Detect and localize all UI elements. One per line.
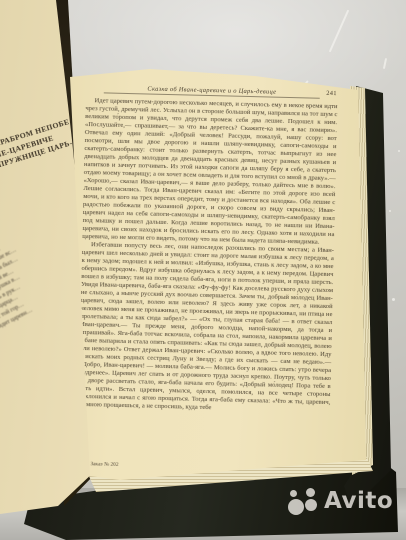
page-number: 241 — [326, 90, 337, 97]
scratch-mark — [329, 10, 350, 53]
avito-logo-icon — [288, 486, 319, 516]
running-header: Сказка об Иване-царевиче и о Царь-девице… — [104, 84, 320, 98]
scratch-mark — [392, 298, 395, 301]
scratch-mark — [398, 150, 400, 152]
right-page-content: Сказка об Иване-царевиче и о Царь-девице… — [77, 84, 338, 473]
body-text: Идет царевич путем-дорогою несколько мес… — [77, 97, 338, 463]
scratch-mark — [383, 58, 387, 69]
book-photo: …о семи Семионах …ную которого Семиона …… — [0, 0, 406, 540]
print-order-number: Заказ № 202 — [90, 461, 118, 468]
avito-watermark: Avito — [288, 486, 393, 516]
paragraph: Идет царевич путем-дорогою несколько мес… — [82, 97, 337, 247]
watermark-label: Avito — [324, 488, 393, 514]
scratch-mark — [389, 210, 391, 212]
running-header-title: Сказка об Иване-царевиче и о Царь-девице — [147, 86, 276, 96]
paragraph: Избегавши попусту весь лес, они напослед… — [78, 241, 334, 415]
